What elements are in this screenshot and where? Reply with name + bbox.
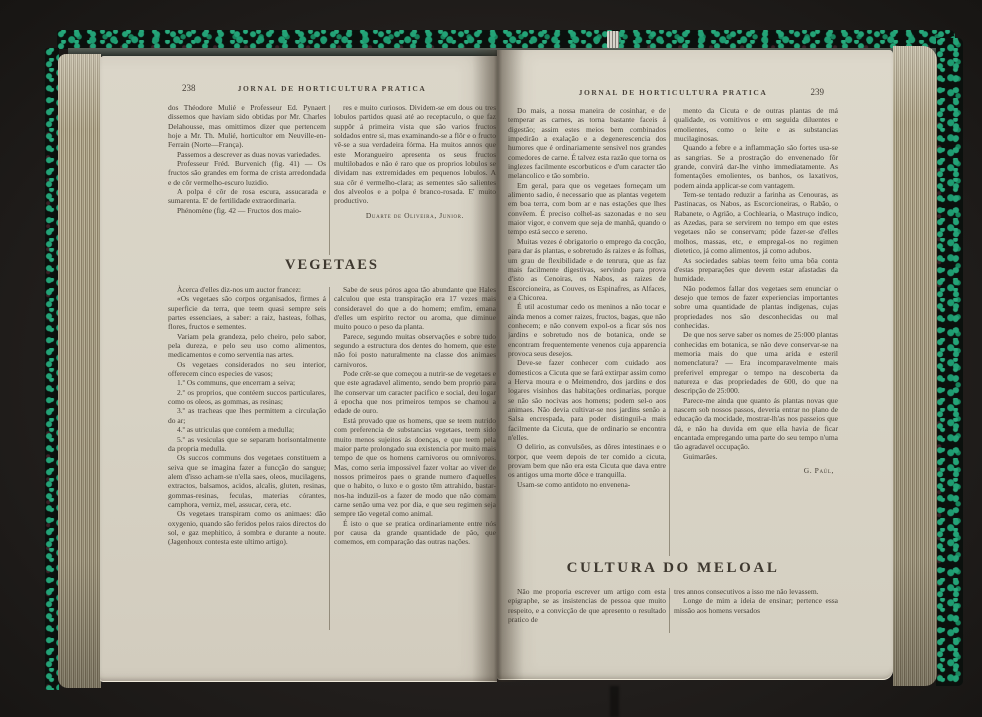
paragraph: Os vegetaes transpiram como os animaes: …	[168, 509, 326, 546]
book-cover-left-edge	[45, 48, 59, 690]
page-block-edge-left	[58, 54, 101, 688]
vegetaes-cont-column-1: Do mais, a nossa maneira de cosinhar, e …	[508, 106, 666, 558]
paragraph: Phénomène (fig. 42 — Fructos dos maio-	[168, 206, 326, 215]
paragraph: De que nos serve saber os nomes de 25:00…	[674, 330, 838, 395]
meloal-column-1: Não me proporia escrever um artigo com e…	[508, 587, 666, 634]
paragraph: É isto o que se pratica ordinariamente e…	[334, 519, 496, 547]
article-signature: G. Paúl,	[674, 466, 838, 475]
author-note: Guimarães.	[674, 452, 838, 461]
book-cover-top-edge	[57, 30, 955, 49]
headband	[607, 31, 619, 48]
paragraph: Deve-se fazer conhecer com cuidado aos d…	[508, 358, 666, 442]
paragraph: Passemos a descrever as duas novas varie…	[168, 150, 326, 159]
column-divider	[669, 108, 670, 556]
paragraph: As sociedades sabias teem feito uma bôa …	[674, 256, 838, 284]
paragraph: Está provado que os homens, que se teem …	[334, 416, 496, 519]
paragraph: Muitas vezes é obrigatorio o emprego da …	[508, 237, 666, 302]
paragraph: Os succos communs dos vegetaes constitue…	[168, 453, 326, 509]
section-heading-vegetaes: VEGETAES	[164, 257, 500, 274]
paragraph: Parece, segundo muitas observações e sob…	[334, 332, 496, 369]
paragraph: Tem-se tentado reduzir a farinha as Ceno…	[674, 190, 838, 255]
paragraph: 4.º as utriculas que contéem a medulla;	[168, 425, 326, 434]
meloal-column-2: tres annos consecutivos a isso me não le…	[674, 587, 838, 634]
paragraph: «Os vegetaes são corpos organisados, fir…	[168, 294, 326, 331]
paragraph: Quando a febre e a inflammação são forte…	[674, 143, 838, 190]
column-divider	[669, 588, 670, 633]
paragraph: Não me proporia escrever um artigo com e…	[508, 587, 666, 624]
spine-bottom-shadow	[610, 686, 619, 717]
paragraph: É util acostumar cedo os meninos a não t…	[508, 302, 666, 358]
photo-of-open-book: 238 JORNAL DE HORTICULTURA PRATICA dos T…	[0, 0, 982, 717]
article-signature: Duarte de Oliveira, Junior.	[334, 211, 496, 220]
vegetaes-column-2: Sabe de seus póros agoa tão abundante qu…	[334, 285, 496, 633]
paragraph: Sabe de seus póros agoa tão abundante qu…	[334, 285, 496, 332]
paragraph: Longe de mim a ideia de ensinar; pertenc…	[674, 596, 838, 615]
paragraph: 3.º as tracheas que lhes permittem a cir…	[168, 406, 326, 425]
section-heading-cultura-do-meloal: CULTURA DO MELOAL	[508, 560, 838, 577]
left-page-header: 238 JORNAL DE HORTICULTURA PRATICA	[164, 84, 500, 96]
right-page: JORNAL DE HORTICULTURA PRATICA 239 Do ma…	[497, 50, 893, 680]
right-page-header: JORNAL DE HORTICULTURA PRATICA 239	[508, 88, 838, 100]
page-block-edge-right	[893, 46, 937, 686]
paragraph: Variam pela grandeza, pelo cheiro, pelo …	[168, 332, 326, 360]
paragraph: 1.º Os communs, que encerram a seiva;	[168, 378, 326, 387]
paragraph: Parece-me ainda que quanto ás plantas no…	[674, 396, 838, 452]
article-end-column-2: res e muito curiosos. Dividem-se em dous…	[334, 103, 496, 259]
paragraph: Do mais, a nossa maneira de cosinhar, e …	[508, 106, 666, 181]
left-page: 238 JORNAL DE HORTICULTURA PRATICA dos T…	[100, 56, 497, 682]
paragraph: Usam-se como antidoto no envenena-	[508, 480, 666, 489]
vegetaes-column-1: Àcerca d'elles diz-nos um auctor francez…	[168, 285, 326, 633]
paragraph: O delirio, as convulsões, as dôres intes…	[508, 442, 666, 479]
paragraph: Professeur Fréd. Burvenich (fig. 41) — O…	[168, 159, 326, 187]
paragraph: res e muito curiosos. Dividem-se em dous…	[334, 103, 496, 206]
journal-title: JORNAL DE HORTICULTURA PRATICA	[164, 84, 500, 93]
paragraph: 2.º os proprios, que contéem succos part…	[168, 388, 326, 407]
paragraph: dos Théodore Mulié e Professeur Ed. Pyna…	[168, 103, 326, 150]
right-page-number: 239	[811, 87, 825, 97]
book-cover-right-edge	[936, 38, 963, 686]
vegetaes-cont-column-2-text: mento da Cicuta e de outras plantas de m…	[674, 106, 838, 452]
paragraph: Não podemos fallar dos vegetaes sem enun…	[674, 284, 838, 331]
paragraph: A polpa é côr de rosa escura, assucarada…	[168, 187, 326, 206]
journal-title: JORNAL DE HORTICULTURA PRATICA	[508, 88, 838, 97]
paragraph: Os vegetaes considerados no seu interior…	[168, 360, 326, 379]
article-end-column-2-text: res e muito curiosos. Dividem-se em dous…	[334, 103, 496, 206]
paragraph: 5.º as vesiculas que se separam horisont…	[168, 435, 326, 454]
article-end-column-1: dos Théodore Mulié e Professeur Ed. Pyna…	[168, 103, 326, 259]
column-divider	[329, 287, 330, 630]
paragraph: mento da Cicuta e de outras plantas de m…	[674, 106, 838, 143]
paragraph: tres annos consecutivos a isso me não le…	[674, 587, 838, 596]
vegetaes-cont-column-2: mento da Cicuta e de outras plantas de m…	[674, 106, 838, 558]
paragraph: Àcerca d'elles diz-nos um auctor francez…	[168, 285, 326, 294]
paragraph: Em geral, para que os vegetaes forneçam …	[508, 181, 666, 237]
paragraph: Pode crêr-se que começou a nutrir-se de …	[334, 369, 496, 416]
column-divider	[329, 105, 330, 255]
